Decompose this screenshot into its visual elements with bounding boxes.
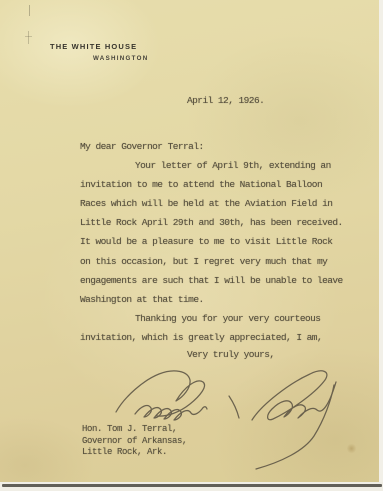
recipient-line: Little Rock, Ark. [82, 447, 187, 459]
letterhead-title: THE WHITE HOUSE [50, 42, 137, 51]
letterhead-subtitle: WASHINGTON [93, 55, 149, 62]
scanned-letter: THE WHITE HOUSE WASHINGTON April 12, 192… [0, 0, 383, 491]
letter-body: My dear Governor Terral: Your letter of … [80, 137, 370, 347]
salutation: My dear Governor Terral: [80, 137, 370, 156]
pencil-mark [25, 36, 32, 37]
body-line: engagements are such that I will be unab… [80, 271, 370, 290]
paper-stain [347, 443, 356, 454]
pencil-mark [28, 31, 29, 44]
recipient-line: Governor of Arkansas, [82, 436, 187, 448]
body-line: Little Rock April 29th and 30th, has bee… [80, 213, 370, 232]
recipient-block: Hon. Tom J. Terral, Governor of Arkansas… [82, 424, 187, 459]
body-line: Races which will be held at the Aviation… [80, 194, 370, 213]
body-line: invitation to me to attend the National … [80, 175, 370, 194]
recipient-line: Hon. Tom J. Terral, [82, 424, 187, 436]
body-line: on this occasion, but I regret very much… [80, 252, 370, 271]
scan-edge-right [379, 0, 383, 482]
body-line: Thanking you for your very courteous [80, 309, 370, 328]
body-line: invitation, which is greatly appreciated… [80, 328, 370, 347]
body-line: Your letter of April 9th, extending an [80, 156, 370, 175]
pencil-mark [29, 5, 30, 16]
body-line: It would be a pleasure to me to visit Li… [80, 232, 370, 251]
closing-line: Very truly yours, [187, 349, 275, 360]
body-line: Washington at that time. [80, 290, 370, 309]
paper-edge-shadow [2, 484, 382, 487]
date-line: April 12, 1926. [187, 95, 264, 106]
